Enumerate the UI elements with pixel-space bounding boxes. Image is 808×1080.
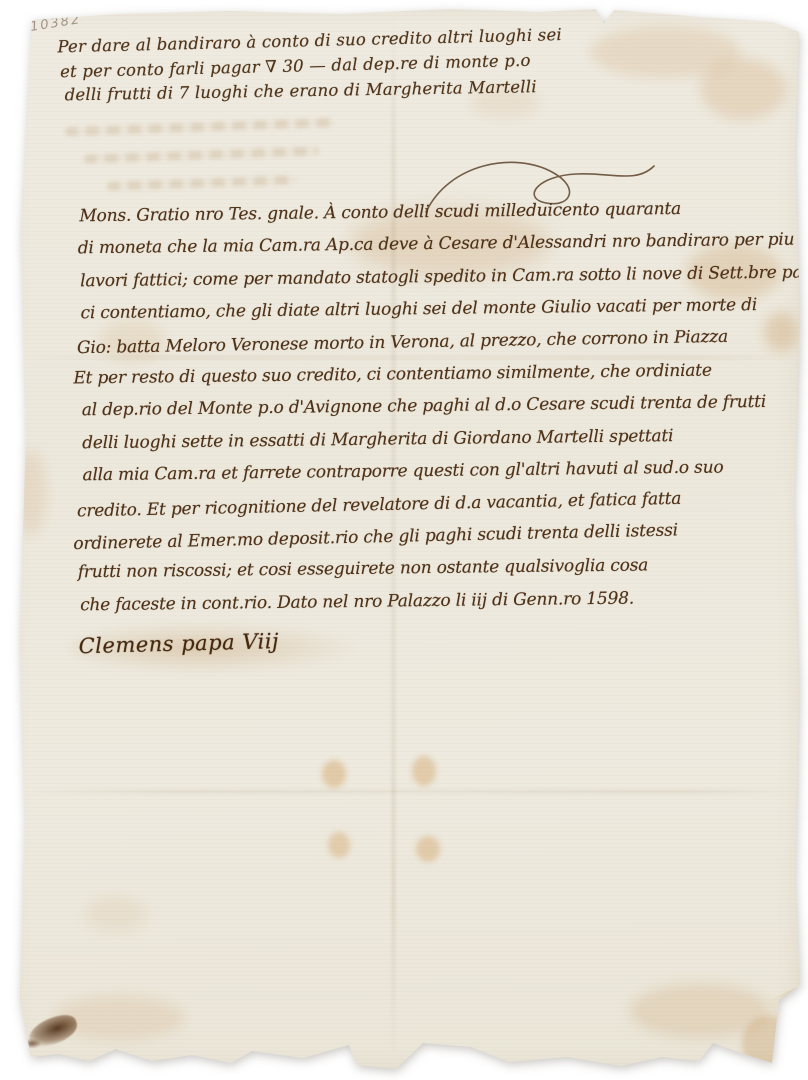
stain bbox=[86, 896, 146, 932]
stain bbox=[630, 984, 770, 1038]
ghost-text-line bbox=[107, 175, 297, 191]
docket-header: Per dare al bandiraro à conto di suo cre… bbox=[57, 22, 579, 110]
stain bbox=[16, 450, 46, 536]
inventory-number: 10382 bbox=[29, 12, 82, 35]
ghost-text-line bbox=[65, 118, 335, 136]
paper-sheet: 10382 Per dare al bandiraro à conto di s… bbox=[0, 0, 808, 1080]
horizontal-fold-crease bbox=[25, 790, 793, 793]
foxing-spot bbox=[322, 760, 346, 788]
ghost-text-line bbox=[84, 146, 319, 163]
manuscript-page: 10382 Per dare al bandiraro à conto di s… bbox=[0, 0, 808, 1080]
letter-body: Mons. Gratio nro Tes. gnale. À conto del… bbox=[79, 192, 785, 662]
foxing-spot bbox=[416, 836, 440, 862]
stain bbox=[700, 58, 786, 120]
stain bbox=[590, 26, 740, 78]
foxing-spot bbox=[412, 756, 436, 786]
folded-corner bbox=[764, 986, 802, 1068]
ink-blot bbox=[25, 1011, 81, 1051]
foxing-spot bbox=[328, 832, 350, 858]
